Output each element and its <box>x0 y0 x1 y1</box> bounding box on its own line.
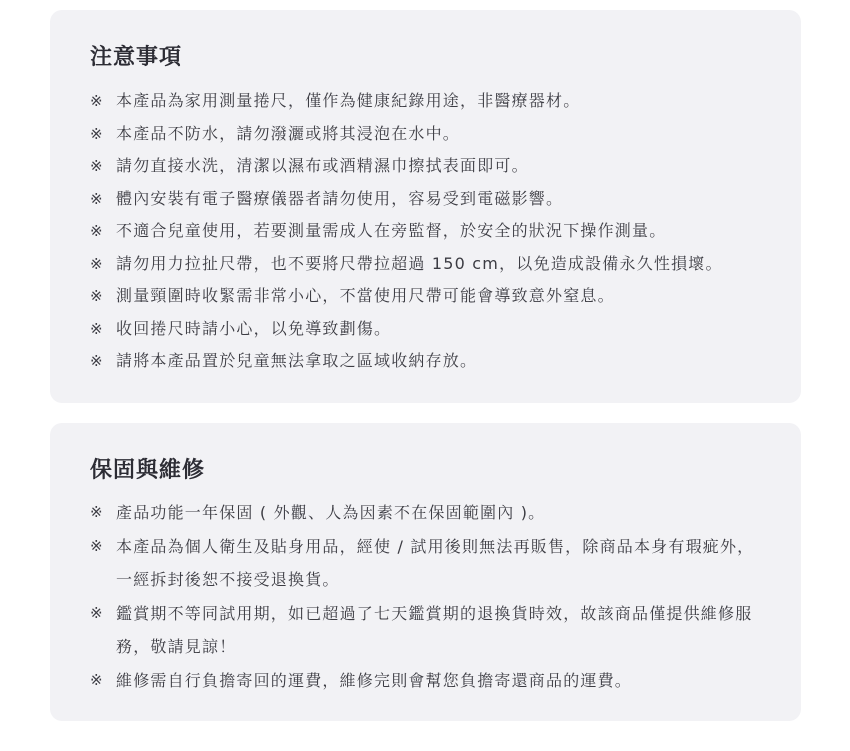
warranty-list: ※ 產品功能一年保固 ( 外觀、人為因素不在保固範圍內 )。 ※ 本產品為個人衛… <box>90 496 771 697</box>
notice-title: 注意事項 <box>90 43 182 73</box>
notice-item-text: 請勿直接水洗，清潔以濕布或酒精濕巾擦拭表面即可。 <box>116 150 771 183</box>
notice-item-text: 本產品為家用測量捲尺，僅作為健康紀錄用途，非醫療器材。 <box>116 85 771 118</box>
notice-list: ※ 本產品為家用測量捲尺，僅作為健康紀錄用途，非醫療器材。 ※ 本產品不防水，請… <box>90 85 771 378</box>
notice-item: ※ 體內安裝有電子醫療儀器者請勿使用，容易受到電磁影響。 <box>90 183 771 216</box>
warranty-item-text: 本產品為個人衛生及貼身用品，經使 / 試用後則無法再販售，除商品本身有瑕疵外，一… <box>116 530 771 597</box>
warranty-item: ※ 產品功能一年保固 ( 外觀、人為因素不在保固範圍內 )。 <box>90 496 771 530</box>
reference-mark-icon: ※ <box>90 85 116 118</box>
warranty-item-text: 維修需自行負擔寄回的運費，維修完則會幫您負擔寄還商品的運費。 <box>116 664 771 698</box>
warranty-card: 保固與維修 ※ 產品功能一年保固 ( 外觀、人為因素不在保固範圍內 )。 ※ 本… <box>50 423 801 721</box>
reference-mark-icon: ※ <box>90 597 116 631</box>
notice-item: ※ 本產品不防水，請勿潑灑或將其浸泡在水中。 <box>90 118 771 151</box>
notice-item: ※ 本產品為家用測量捲尺，僅作為健康紀錄用途，非醫療器材。 <box>90 85 771 118</box>
reference-mark-icon: ※ <box>90 313 116 346</box>
reference-mark-icon: ※ <box>90 118 116 151</box>
notice-item-text: 本產品不防水，請勿潑灑或將其浸泡在水中。 <box>116 118 771 151</box>
notice-item-text: 請勿用力拉扯尺帶，也不要將尺帶拉超過 150 cm，以免造成設備永久性損壞。 <box>116 248 771 281</box>
warranty-item-text: 鑑賞期不等同試用期，如已超過了七天鑑賞期的退換貨時效，故該商品僅提供維修服務，敬… <box>116 597 771 664</box>
reference-mark-icon: ※ <box>90 345 116 378</box>
reference-mark-icon: ※ <box>90 215 116 248</box>
notice-item: ※ 請將本產品置於兒童無法拿取之區域收納存放。 <box>90 345 771 378</box>
notice-item-text: 不適合兒童使用，若要測量需成人在旁監督，於安全的狀況下操作測量。 <box>116 215 771 248</box>
notice-item: ※ 請勿直接水洗，清潔以濕布或酒精濕巾擦拭表面即可。 <box>90 150 771 183</box>
reference-mark-icon: ※ <box>90 664 116 698</box>
notice-item: ※ 測量頸圍時收緊需非常小心，不當使用尺帶可能會導致意外窒息。 <box>90 280 771 313</box>
notice-item-text: 收回捲尺時請小心，以免導致劃傷。 <box>116 313 771 346</box>
notice-item-text: 測量頸圍時收緊需非常小心，不當使用尺帶可能會導致意外窒息。 <box>116 280 771 313</box>
notice-item: ※ 不適合兒童使用，若要測量需成人在旁監督，於安全的狀況下操作測量。 <box>90 215 771 248</box>
reference-mark-icon: ※ <box>90 496 116 530</box>
reference-mark-icon: ※ <box>90 280 116 313</box>
warranty-item: ※ 本產品為個人衛生及貼身用品，經使 / 試用後則無法再販售，除商品本身有瑕疵外… <box>90 530 771 597</box>
reference-mark-icon: ※ <box>90 183 116 216</box>
notice-item-text: 請將本產品置於兒童無法拿取之區域收納存放。 <box>116 345 771 378</box>
warranty-title: 保固與維修 <box>90 456 205 486</box>
warranty-item: ※ 鑑賞期不等同試用期，如已超過了七天鑑賞期的退換貨時效，故該商品僅提供維修服務… <box>90 597 771 664</box>
warranty-item-text: 產品功能一年保固 ( 外觀、人為因素不在保固範圍內 )。 <box>116 496 771 530</box>
reference-mark-icon: ※ <box>90 150 116 183</box>
warranty-item: ※ 維修需自行負擔寄回的運費，維修完則會幫您負擔寄還商品的運費。 <box>90 664 771 698</box>
notice-item: ※ 請勿用力拉扯尺帶，也不要將尺帶拉超過 150 cm，以免造成設備永久性損壞。 <box>90 248 771 281</box>
reference-mark-icon: ※ <box>90 248 116 281</box>
reference-mark-icon: ※ <box>90 530 116 564</box>
notice-item: ※ 收回捲尺時請小心，以免導致劃傷。 <box>90 313 771 346</box>
notice-card: 注意事項 ※ 本產品為家用測量捲尺，僅作為健康紀錄用途，非醫療器材。 ※ 本產品… <box>50 10 801 403</box>
notice-item-text: 體內安裝有電子醫療儀器者請勿使用，容易受到電磁影響。 <box>116 183 771 216</box>
